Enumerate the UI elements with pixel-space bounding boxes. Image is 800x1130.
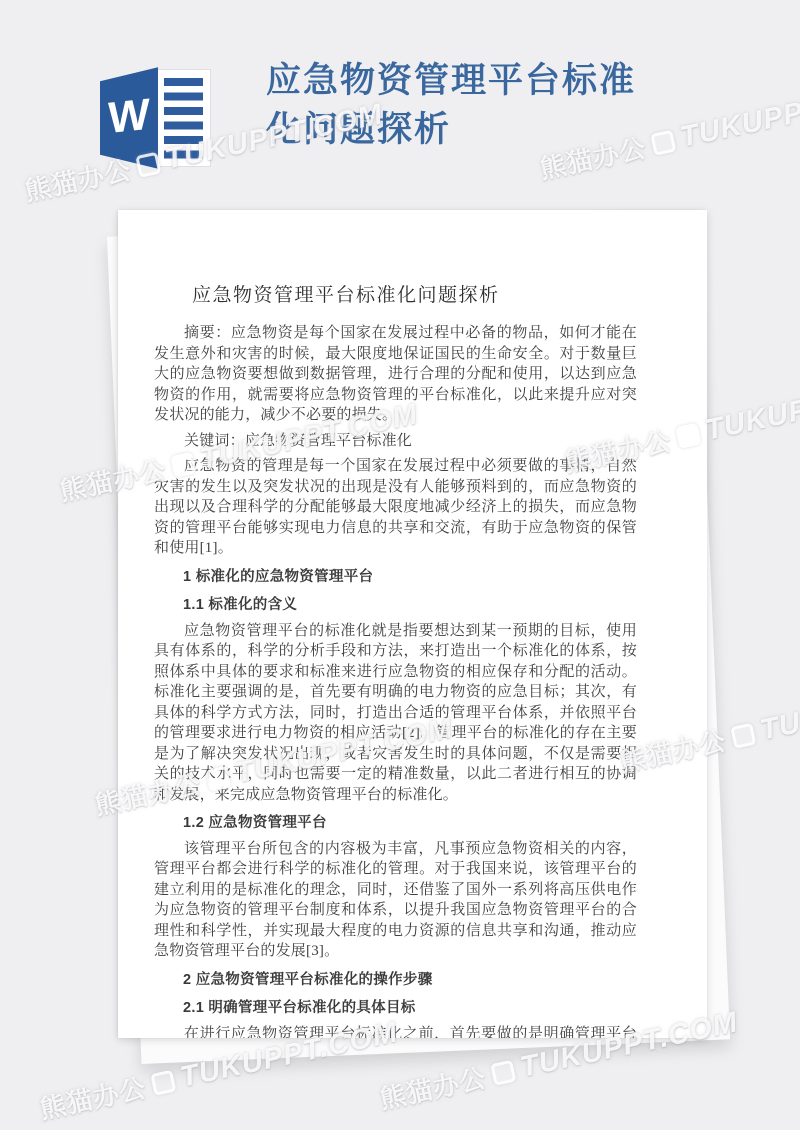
section-heading: 1.1 标准化的含义 xyxy=(154,595,637,616)
paragraph: 关键词：应急物资管理平台标准化 xyxy=(154,431,637,452)
paragraph: 摘要：应急物资是每个国家在发展过程中必备的物品，如何才能在发生意外和灾害的时候，… xyxy=(154,323,637,426)
word-file-icon: W xyxy=(100,64,214,172)
document-page: 应急物资管理平台标准化问题探析 摘要：应急物资是每个国家在发展过程中必备的物品，… xyxy=(118,210,707,1038)
document-title: 应急物资管理平台标准化问题探析 xyxy=(154,280,637,307)
word-icon-text-lines xyxy=(164,78,203,159)
page-title-line2: 化问题探析 xyxy=(266,110,451,149)
document-body: 摘要：应急物资是每个国家在发展过程中必备的物品，如何才能在发生意外和灾害的时候，… xyxy=(154,323,637,1038)
header: W 应急物资管理平台标准化问题探析 xyxy=(0,0,800,200)
word-icon-letter: W xyxy=(108,93,150,141)
section-heading: 1.2 应急物资管理平台 xyxy=(154,813,637,834)
paragraph: 应急物资管理平台的标准化就是指要想达到某一预期的目标，使用具有体系的，科学的分析… xyxy=(154,621,637,806)
page-title: 应急物资管理平台标准化问题探析 xyxy=(266,56,746,154)
paragraph: 该管理平台所包含的内容极为丰富，凡事预应急物资相关的内容，管理平台都会进行科学的… xyxy=(154,839,637,962)
word-icon-document xyxy=(152,70,210,166)
section-heading: 2.1 明确管理平台标准化的具体目标 xyxy=(154,998,637,1019)
section-heading: 1 标准化的应急物资管理平台 xyxy=(154,567,637,588)
page-title-line1: 应急物资管理平台标准 xyxy=(266,61,636,100)
paragraph: 在进行应急物资管理平台标准化之前，首先要做的是明确管理平台标准化 xyxy=(154,1024,637,1039)
word-icon-flag: W xyxy=(100,64,158,172)
page-background: 应急物资管理平台标准化问题探析 摘要：应急物资是每个国家在发展过程中必备的物品，… xyxy=(0,0,800,1130)
paragraph: 应急物资的管理是每一个国家在发展过程中必须要做的事情，自然灾害的发生以及突发状况… xyxy=(154,456,637,559)
section-heading: 2 应急物资管理平台标准化的操作步骤 xyxy=(154,970,637,991)
